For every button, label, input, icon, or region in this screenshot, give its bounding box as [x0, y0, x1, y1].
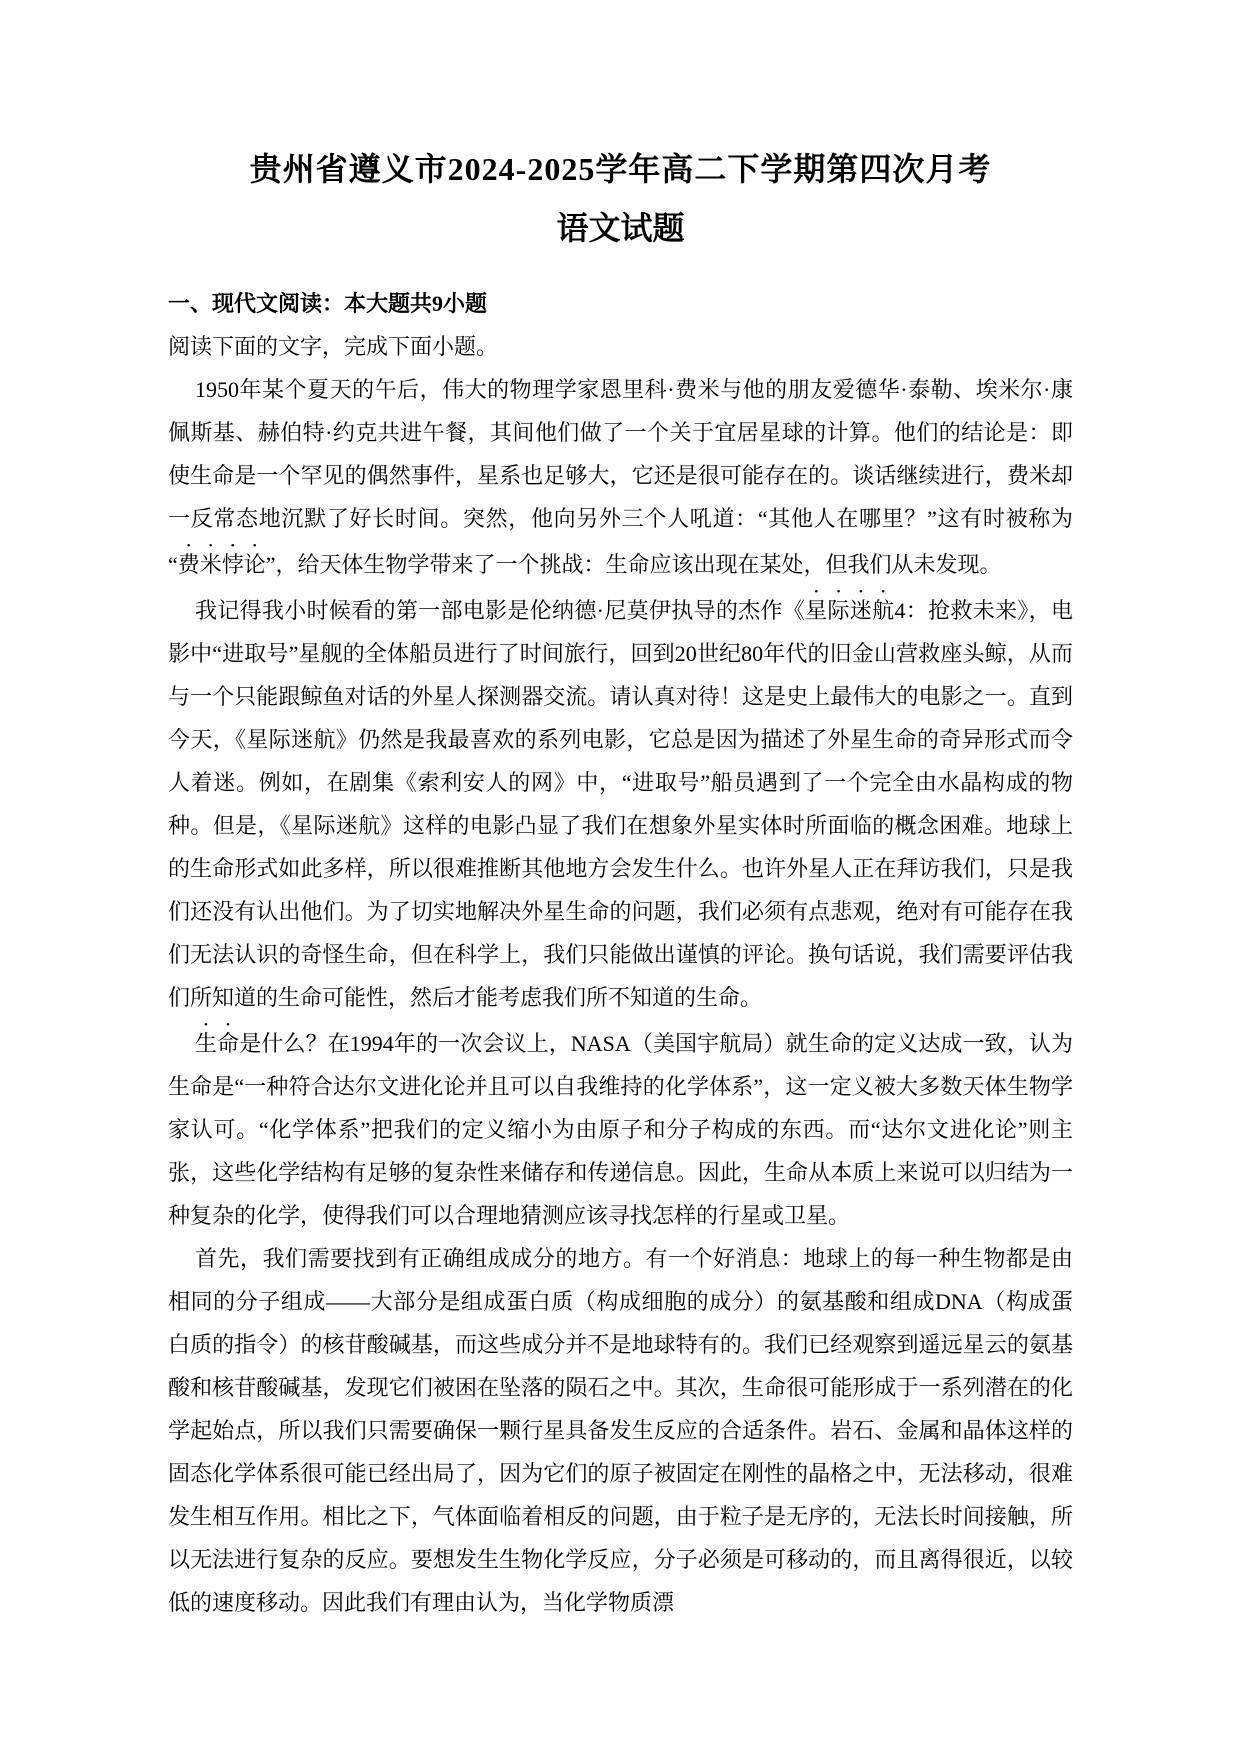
- text-run: 1950年某个夏天的午后，伟大的物理学家恩里科·费米与他的朋友爱德华·泰勒、埃米…: [168, 377, 1073, 577]
- body-paragraph-3: 生命是什么？在1994年的一次会议上，NASA（美国宇航局）就生命的定义达成一致…: [168, 1019, 1073, 1237]
- text-run: ”，给天体生物学带来了一个挑战：生命应该出现在某处，但我们从未发现。: [266, 552, 1002, 577]
- body-paragraph-1: 1950年某个夏天的午后，伟大的物理学家恩里科·费米与他的朋友爱德华·泰勒、埃米…: [168, 368, 1073, 586]
- emphasized-text: 生命: [195, 1031, 239, 1056]
- body-paragraph-4: 首先，我们需要找到有正确组成成分的地方。有一个好消息：地球上的每一种生物都是由相…: [168, 1237, 1073, 1624]
- emphasized-text: 费米悖论: [178, 552, 266, 577]
- document-subtitle: 语文试题: [168, 205, 1073, 251]
- text-run: 4：抢救未来》，电影中“进取号”星舰的全体船员进行了时间旅行，回到20世纪80年…: [168, 598, 1073, 1010]
- emphasized-text: 星际迷航: [805, 598, 894, 623]
- text-run: 我记得我小时候看的第一部电影是伦纳德·尼莫伊执导的杰作《: [195, 598, 805, 623]
- document-page: 贵州省遵义市2024-2025学年高二下学期第四次月考 语文试题 一、现代文阅读…: [0, 0, 1240, 1754]
- text-run: 首先，我们需要找到有正确组成成分的地方。有一个好消息：地球上的每一种生物都是由相…: [168, 1246, 1073, 1615]
- document-title: 贵州省遵义市2024-2025学年高二下学期第四次月考: [168, 146, 1073, 192]
- text-run: 是什么？在1994年的一次会议上，NASA（美国宇航局）就生命的定义达成一致，认…: [168, 1031, 1073, 1228]
- section-heading: 一、现代文阅读：本大题共9小题: [168, 282, 1073, 325]
- reading-instruction: 阅读下面的文字，完成下面小题。: [168, 325, 1073, 368]
- body-paragraph-2: 我记得我小时候看的第一部电影是伦纳德·尼莫伊执导的杰作《星际迷航4：抢救未来》，…: [168, 586, 1073, 1019]
- paragraphs: 1950年某个夏天的午后，伟大的物理学家恩里科·费米与他的朋友爱德华·泰勒、埃米…: [168, 368, 1073, 1624]
